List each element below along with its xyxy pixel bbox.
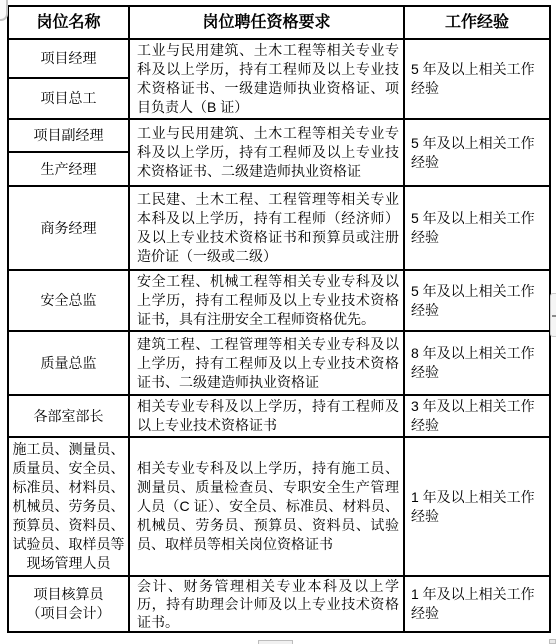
header-requirements-label: 岗位聘任资格要求	[130, 13, 403, 32]
bottom-right-scroll-corner[interactable]	[549, 639, 556, 644]
requirement-text: 建筑工程、工程管理等相关专业专科及以上学历，持有工程师及以上专业技术资格证书、二…	[130, 335, 403, 392]
experience-text: 1 年及以上相关工作经验	[405, 488, 549, 526]
position-label: 各部室部长	[9, 407, 128, 426]
header-requirements: 岗位聘任资格要求	[130, 7, 405, 40]
position-label: 施工员、测量员、 质量员、安全员、 标准员、材料员、 机械员、劳务员、 预算员、…	[9, 440, 128, 573]
position-label: 生产经理	[9, 160, 128, 179]
job-qualification-table: 岗位名称 岗位聘任资格要求 工作经验 项目经理 项目总工 项目副经理 生产经理 …	[7, 5, 551, 633]
position-cell-deputy-project-manager: 项目副经理	[9, 120, 130, 153]
position-label: 项目总工	[9, 89, 128, 108]
experience-cell-commercial-manager: 5 年及以上相关工作经验	[405, 187, 551, 271]
scrollbar-dash-icon	[552, 315, 556, 317]
experience-cell-safety-director: 5 年及以上相关工作经验	[405, 271, 551, 332]
experience-text: 8 年及以上相关工作经验	[405, 344, 549, 382]
experience-cell-site-management-staff: 1 年及以上相关工作经验	[405, 438, 551, 577]
position-cell-site-management-staff: 施工员、测量员、 质量员、安全员、 标准员、材料员、 机械员、劳务员、 预算员、…	[9, 438, 130, 577]
position-cell-project-manager: 项目经理	[9, 40, 130, 79]
requirement-text: 会计、财务管理相关专业本科及以上学历，持有助理会计师及以上专业技术资格证书。	[130, 577, 403, 631]
page-edge-decor	[0, 0, 8, 21]
requirement-cell-project-manager-group: 工业与民用建筑、土木工程等相关专业专科及以上学历，持有工程师及以上专业技术资格证…	[130, 40, 405, 120]
position-cell-chief-engineer: 项目总工	[9, 79, 130, 120]
experience-text: 5 年及以上相关工作经验	[405, 209, 549, 247]
experience-cell-deputy-manager-group: 5 年及以上相关工作经验	[405, 120, 551, 187]
requirement-cell-safety-director: 安全工程、机械工程等相关专业专科及以上学历，持有工程师及以上专业技术资格证书，具…	[130, 271, 405, 332]
position-cell-department-heads: 各部室部长	[9, 396, 130, 438]
requirement-text: 工民建、土木工程、工程管理等相关专业本科及以上学历，持有工程师（经济师）及以上专…	[130, 190, 403, 266]
position-label: 安全总监	[9, 291, 128, 310]
experience-text: 5 年及以上相关工作经验	[405, 60, 549, 98]
experience-cell-project-manager-group: 5 年及以上相关工作经验	[405, 40, 551, 120]
position-cell-production-manager: 生产经理	[9, 153, 130, 187]
experience-text: 5 年及以上相关工作经验	[405, 134, 549, 172]
position-cell-safety-director: 安全总监	[9, 271, 130, 332]
requirement-cell-department-heads: 相关专业专科及以上学历，持有工程师及以上专业技术资格证书	[130, 396, 405, 438]
position-cell-quality-director: 质量总监	[9, 332, 130, 396]
position-label: 质量总监	[9, 354, 128, 373]
requirement-cell-quality-director: 建筑工程、工程管理等相关专业专科及以上学历，持有工程师及以上专业技术资格证书、二…	[130, 332, 405, 396]
requirement-cell-project-accountant: 会计、财务管理相关专业本科及以上学历，持有助理会计师及以上专业技术资格证书。	[130, 577, 405, 633]
experience-text: 1 年及以上相关工作经验	[405, 585, 549, 623]
requirement-text: 工业与民用建筑、土木工程等相关专业专科及以上学历，持有工程师及以上专业技术资格证…	[130, 41, 403, 117]
position-label: 商务经理	[9, 219, 128, 238]
position-label: 项目核算员 （项目会计）	[9, 585, 128, 623]
experience-cell-department-heads: 3 年及以上相关工作经验	[405, 396, 551, 438]
requirement-cell-site-management-staff: 相关专业专科及以上学历，持有施工员、测量员、质量检查员、专职安全生产管理人员（C…	[130, 438, 405, 577]
header-position: 岗位名称	[9, 7, 130, 40]
scrollbar-fragment[interactable]	[550, 293, 556, 337]
experience-cell-quality-director: 8 年及以上相关工作经验	[405, 332, 551, 396]
requirement-text: 相关专业专科及以上学历，持有工程师及以上专业技术资格证书	[130, 397, 403, 435]
position-label: 项目经理	[9, 49, 128, 68]
experience-text: 5 年及以上相关工作经验	[405, 282, 549, 320]
position-label: 项目副经理	[9, 126, 128, 145]
experience-cell-project-accountant: 1 年及以上相关工作经验	[405, 577, 551, 633]
document-page: 岗位名称 岗位聘任资格要求 工作经验 项目经理 项目总工 项目副经理 生产经理 …	[0, 0, 556, 644]
requirement-text: 工业与民用建筑、土木工程等相关专业专科及以上学历，持有工程师及以上专业技术资格证…	[130, 124, 403, 181]
requirement-cell-deputy-manager-group: 工业与民用建筑、土木工程等相关专业专科及以上学历，持有工程师及以上专业技术资格证…	[130, 120, 405, 187]
requirement-text: 相关专业专科及以上学历，持有施工员、测量员、质量检查员、专职安全生产管理人员（C…	[130, 459, 403, 554]
position-cell-commercial-manager: 商务经理	[9, 187, 130, 271]
requirement-text: 安全工程、机械工程等相关专业专科及以上学历，持有工程师及以上专业技术资格证书，具…	[130, 272, 403, 329]
floating-toolbar-button[interactable]	[258, 640, 293, 644]
header-experience-label: 工作经验	[405, 13, 549, 32]
header-experience: 工作经验	[405, 7, 551, 40]
position-cell-project-accountant: 项目核算员 （项目会计）	[9, 577, 130, 633]
experience-text: 3 年及以上相关工作经验	[405, 397, 549, 435]
requirement-cell-commercial-manager: 工民建、土木工程、工程管理等相关专业本科及以上学历，持有工程师（经济师）及以上专…	[130, 187, 405, 271]
header-position-label: 岗位名称	[9, 13, 128, 32]
